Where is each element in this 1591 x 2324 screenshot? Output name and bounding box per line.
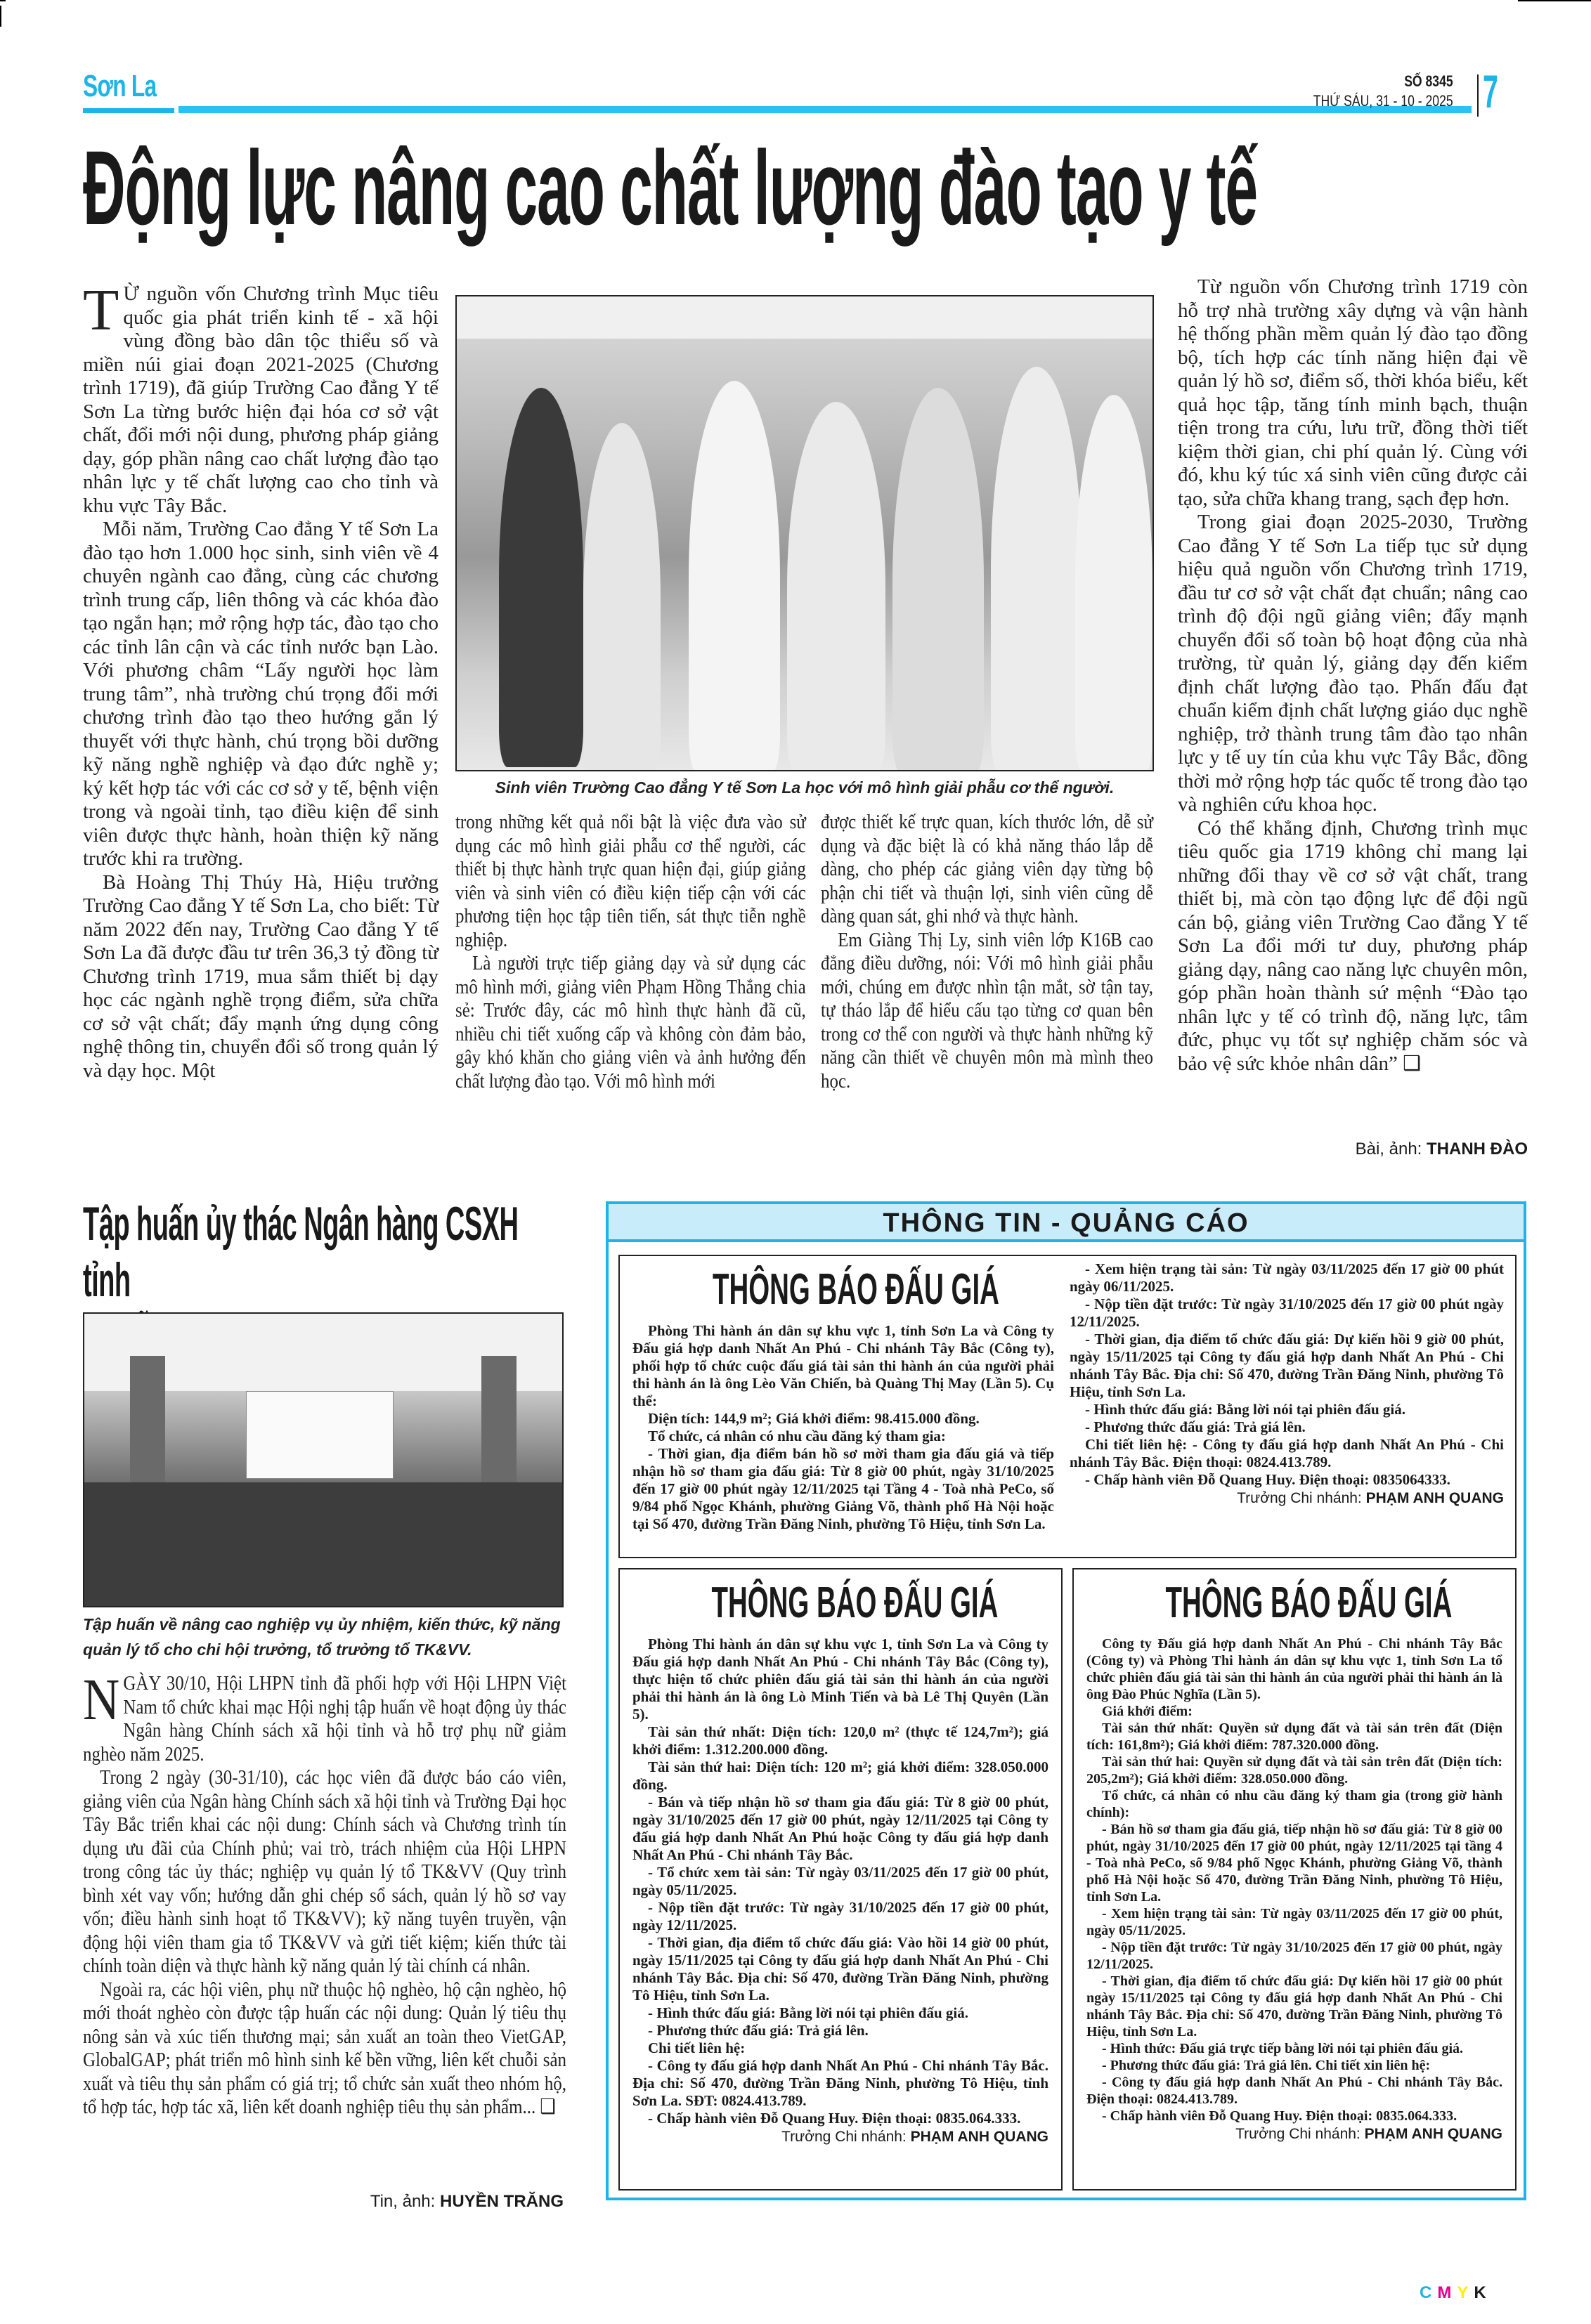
photo-figure: [583, 423, 661, 771]
article-paragraph: Em Giàng Thị Ly, sinh viên lớp K16B cao …: [821, 929, 1153, 1094]
notice-title: THÔNG BÁO ĐẤU GIÁ: [713, 1262, 974, 1318]
notice-signature: Trưởng Chi nhánh: PHẠM ANH QUANG: [1086, 2126, 1502, 2143]
author-name: HUYỀN TRĂNG: [440, 2192, 564, 2211]
notice-body: Phòng Thi hành án dân sự khu vực 1, tỉnh…: [632, 1636, 1048, 2127]
article-photo-conference: [83, 1312, 564, 1607]
photo-figure: [787, 402, 885, 771]
header-rule-short: [83, 108, 174, 113]
article-paragraph: Mỗi năm, Trường Cao đẳng Y tế Sơn La đào…: [83, 518, 439, 871]
article-headline: Động lực nâng cao chất lượng đào tạo y t…: [83, 128, 909, 247]
drop-cap: T: [83, 288, 119, 333]
crop-mark: [1518, 0, 1591, 1]
photo-caption: Sinh viên Trường Cao đẳng Y tế Sơn La họ…: [455, 778, 1154, 797]
audience: [84, 1482, 562, 1607]
article-byline: Bài, ảnh: THANH ĐÀO: [1178, 1140, 1528, 1159]
author-name: THANH ĐÀO: [1427, 1140, 1528, 1158]
cmyk-registration: CMYK: [1420, 2283, 1492, 2303]
article-paragraph: Trong 2 ngày (30-31/10), các học viên đã…: [83, 1766, 566, 1978]
article-paragraph: Từ nguồn vốn Chương trình 1719 còn hỗ tr…: [1178, 275, 1528, 511]
notice-title: THÔNG BÁO ĐẤU GIÁ: [1165, 1575, 1423, 1631]
article-byline: Tin, ảnh: HUYỀN TRĂNG: [83, 2192, 564, 2212]
notice-title: THÔNG BÁO ĐẤU GIÁ: [711, 1575, 969, 1631]
header-rule: [178, 106, 1472, 113]
page-number: 7: [1483, 65, 1498, 118]
crop-mark: [0, 0, 6, 1]
article-paragraph: Có thể khẳng định, Chương trình mục tiêu…: [1178, 817, 1528, 1076]
article-column-4: Từ nguồn vốn Chương trình 1719 còn hỗ tr…: [1178, 275, 1528, 1154]
article-paragraph: TỪ nguồn vốn Chương trình Mục tiêu quốc …: [83, 282, 439, 518]
issue-number: SỐ 8345: [1313, 72, 1453, 91]
article-photo-anatomy-class: [455, 295, 1154, 771]
article-paragraph: Bà Hoàng Thị Thúy Hà, Hiệu trưởng Trường…: [83, 871, 439, 1083]
auction-notice-2: THÔNG BÁO ĐẤU GIÁ Phòng Thi hành án dân …: [618, 1568, 1063, 2191]
projection-screen: [246, 1391, 394, 1479]
photo-figure: [1075, 395, 1152, 771]
article-column-2: trong những kết quả nổi bật là việc đưa …: [455, 811, 806, 1176]
article-paragraph: NGÀY 30/10, Hội LHPN tỉnh đã phối hợp vớ…: [83, 1672, 566, 1766]
photo-caption: Tập huấn về nâng cao nghiệp vụ ủy nhiệm,…: [83, 1612, 568, 1662]
article-paragraph: Ngoài ra, các hội viên, phụ nữ thuộc hộ …: [83, 1978, 566, 2120]
photo-figure: [689, 381, 780, 771]
photo-figure: [892, 388, 984, 771]
drop-cap: N: [83, 1678, 119, 1723]
issue-date: THỨ SÁU, 31 - 10 - 2025: [1313, 91, 1453, 111]
article-column-1: TỪ nguồn vốn Chương trình Mục tiêu quốc …: [83, 282, 439, 1168]
ads-section-title: THÔNG TIN - QUẢNG CÁO: [609, 1204, 1524, 1242]
article-column-3: được thiết kế trực quan, kích thước lớn,…: [821, 811, 1153, 1176]
notice-body: Phòng Thi hành án dân sự khu vực 1, tỉnh…: [632, 1322, 1054, 1533]
photo-figure: [991, 367, 1082, 771]
notice-signature: Trưởng Chi nhánh: PHẠM ANH QUANG: [632, 2129, 1048, 2146]
advertising-section: THÔNG TIN - QUẢNG CÁO THÔNG BÁO ĐẤU GIÁ …: [606, 1201, 1526, 2200]
notice-signature: Trưởng Chi nhánh: PHẠM ANH QUANG: [1070, 1490, 1504, 1507]
auction-notice-3: THÔNG BÁO ĐẤU GIÁ Công ty Đấu giá hợp da…: [1072, 1568, 1517, 2191]
notice-body: Công ty Đấu giá hợp danh Nhất An Phú - C…: [1086, 1636, 1502, 2124]
article-paragraph: Là người trực tiếp giảng dạy và sử dụng …: [455, 952, 806, 1093]
article-paragraph: trong những kết quả nổi bật là việc đưa …: [455, 811, 806, 952]
second-article-body: NGÀY 30/10, Hội LHPN tỉnh đã phối hợp vớ…: [83, 1672, 566, 2206]
article-paragraph: được thiết kế trực quan, kích thước lớn,…: [821, 811, 1153, 929]
issue-info: SỐ 8345 THỨ SÁU, 31 - 10 - 2025: [1278, 72, 1453, 111]
article-paragraph: Trong giai đoạn 2025-2030, Trường Cao đẳ…: [1178, 511, 1528, 817]
auction-notice-1: THÔNG BÁO ĐẤU GIÁ Phòng Thi hành án dân …: [618, 1255, 1517, 1558]
section-name: Sơn La: [83, 69, 156, 104]
header-divider: [1477, 74, 1479, 117]
photo-figure: [499, 388, 583, 767]
crop-mark: [0, 6, 1, 27]
notice-body: - Xem hiện trạng tài sản: Từ ngày 03/11/…: [1070, 1260, 1504, 1489]
